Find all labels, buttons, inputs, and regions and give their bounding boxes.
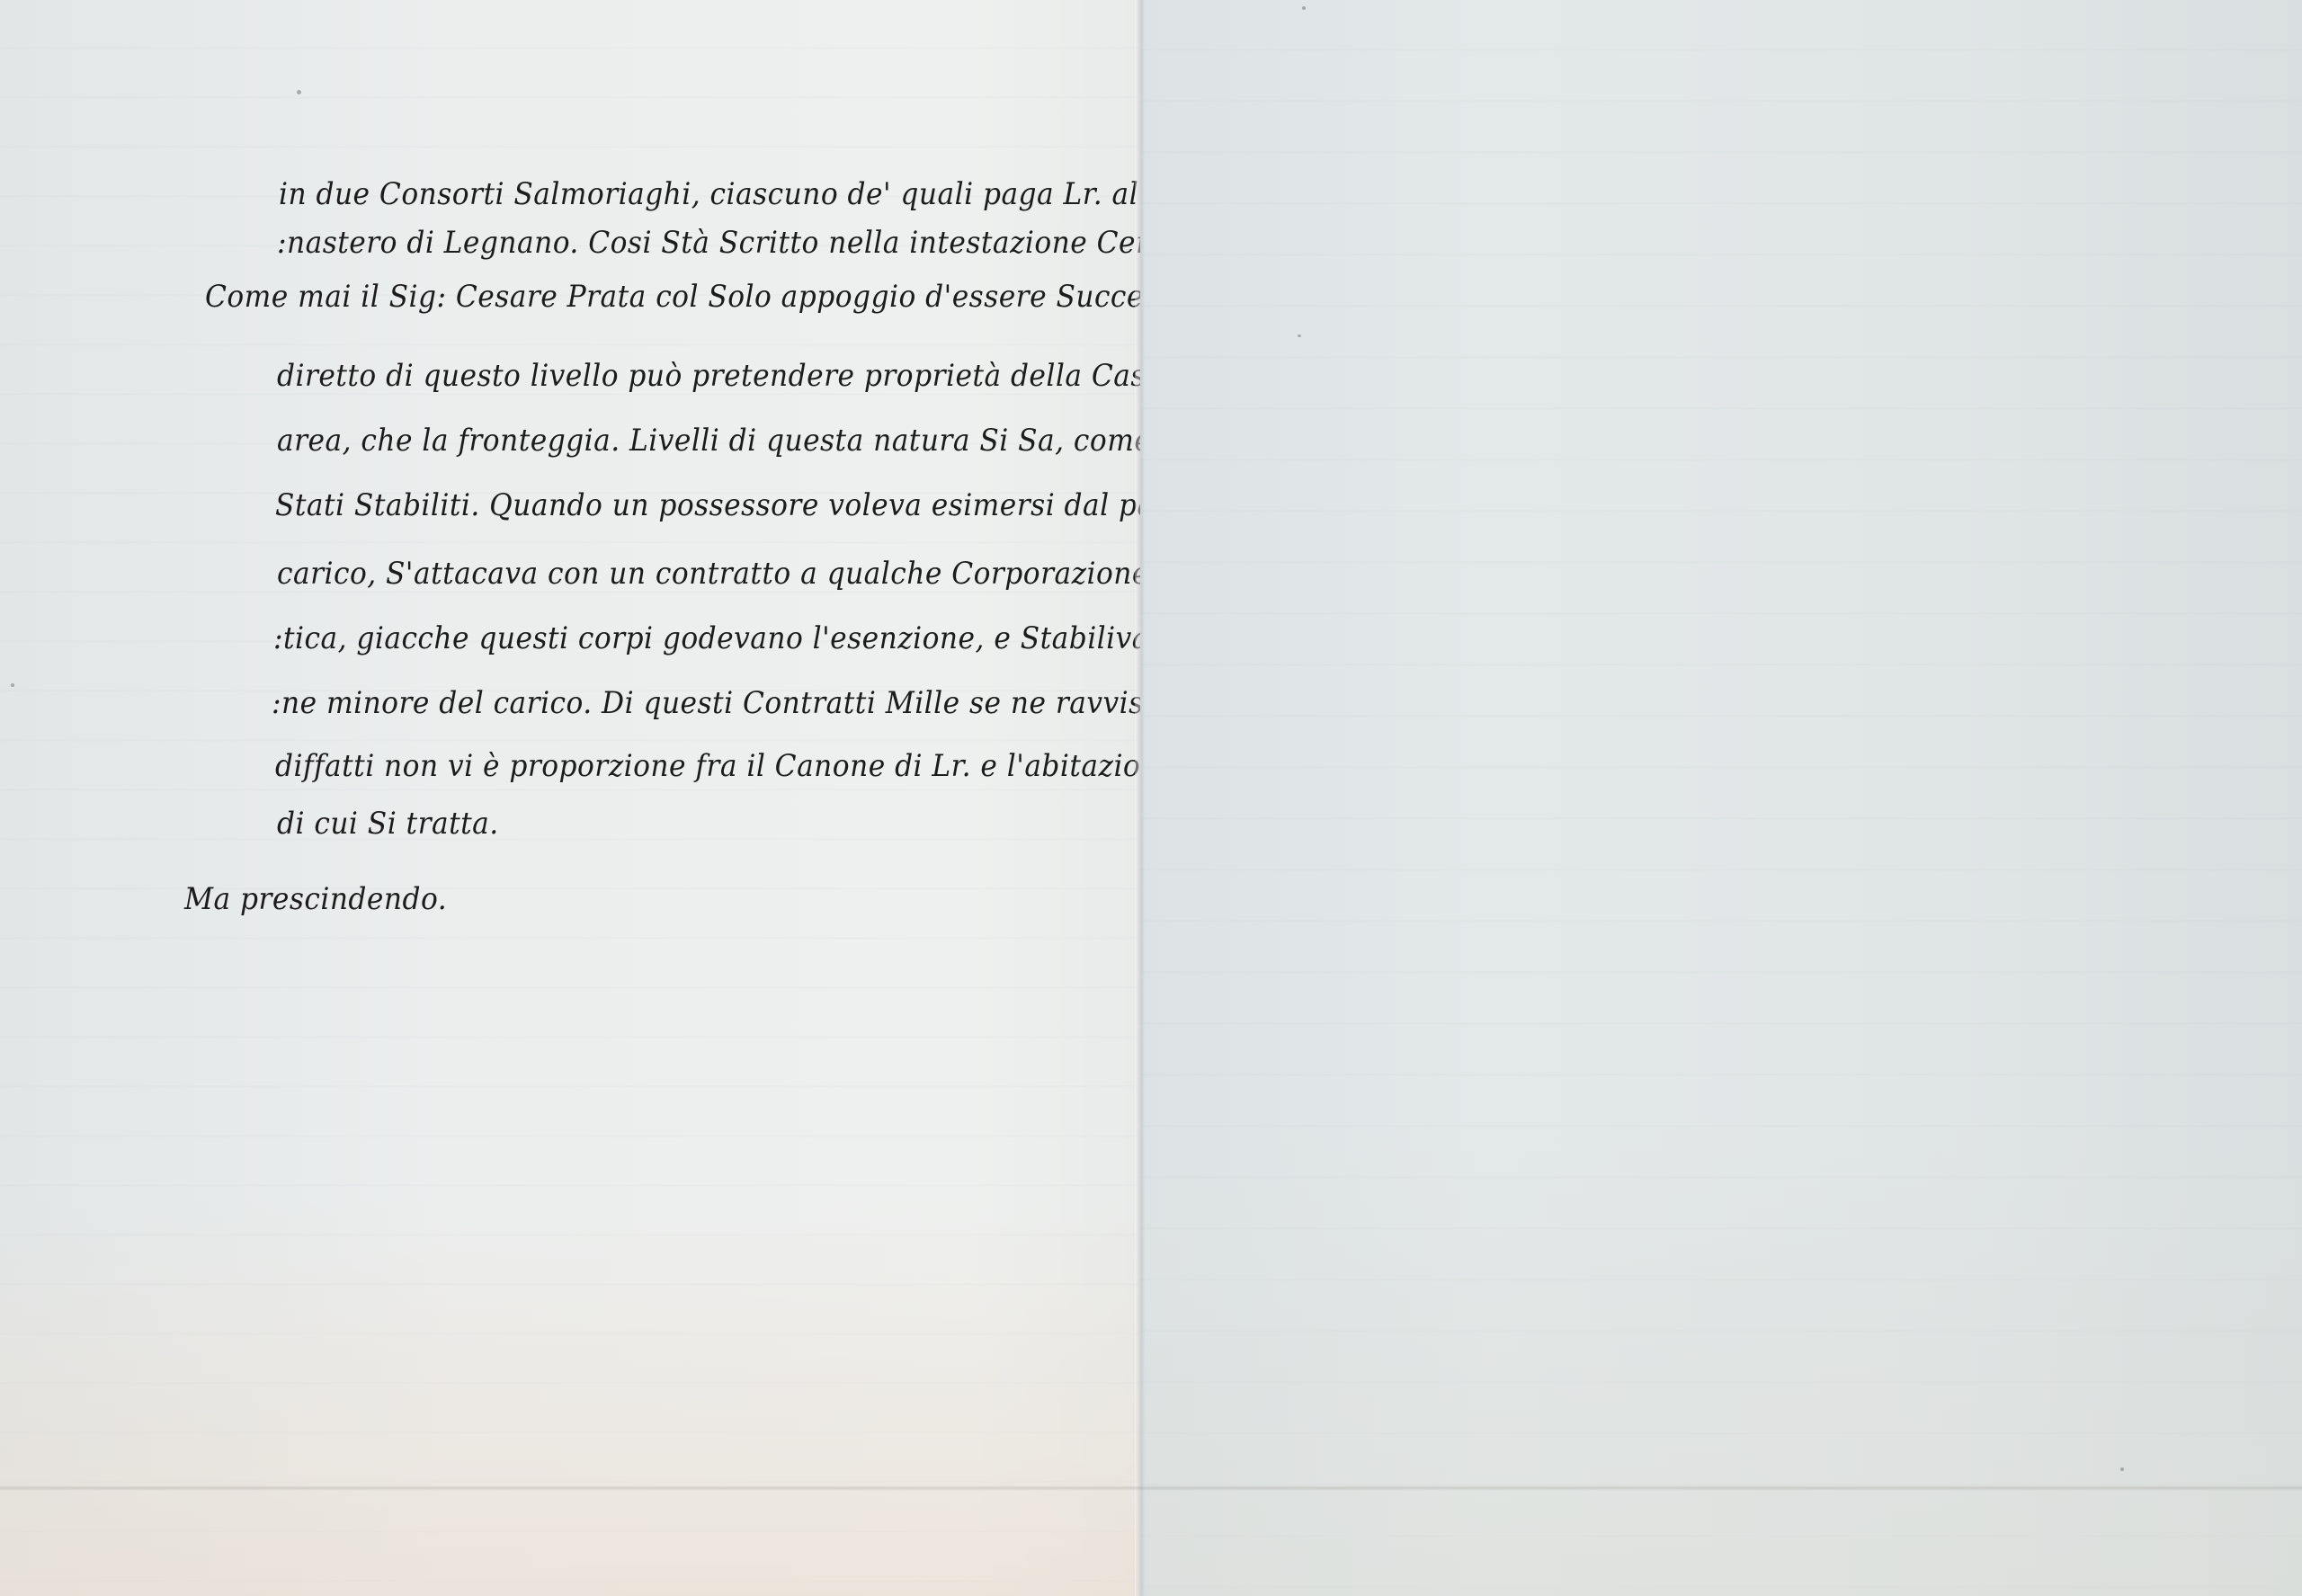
manuscript-line-11: di cui Si tratta. xyxy=(277,806,499,842)
manuscript-line-1: in due Consorti Salmoriaghi, ciascuno de… xyxy=(279,176,1204,212)
manuscript-line-9: :ne minore del carico. Di questi Contrat… xyxy=(272,685,1206,721)
manuscript-line-6: Stati Stabiliti. Quando un possessore vo… xyxy=(275,487,1249,523)
left-page: in due Consorti Salmoriaghi, ciascuno de… xyxy=(0,0,1140,1596)
page-fold xyxy=(1135,0,1146,1596)
manuscript-line-4: diretto di questo livello può pretendere… xyxy=(277,358,1271,394)
ink-speck xyxy=(1298,334,1301,337)
manuscript-line-3: Come mai il Sig: Cesare Prata col Solo a… xyxy=(205,279,1245,315)
manuscript-line-2: :nastero di Legnano. Cosi Stà Scritto ne… xyxy=(277,225,1245,261)
manuscript-line-12: Ma prescindendo. xyxy=(184,881,447,917)
manuscript-line-10: diffatti non vi è proporzione fra il Can… xyxy=(275,748,1185,784)
manuscript-line-5: area, che la fronteggia. Livelli di ques… xyxy=(277,423,1234,459)
right-page xyxy=(1140,0,2302,1596)
manuscript-spread: in due Consorti Salmoriaghi, ciascuno de… xyxy=(0,0,2302,1596)
ink-speck xyxy=(2120,1467,2124,1471)
ink-speck xyxy=(1302,6,1306,10)
ink-speck xyxy=(11,683,14,687)
ink-speck xyxy=(297,90,301,94)
paper-crease xyxy=(0,1485,2302,1491)
